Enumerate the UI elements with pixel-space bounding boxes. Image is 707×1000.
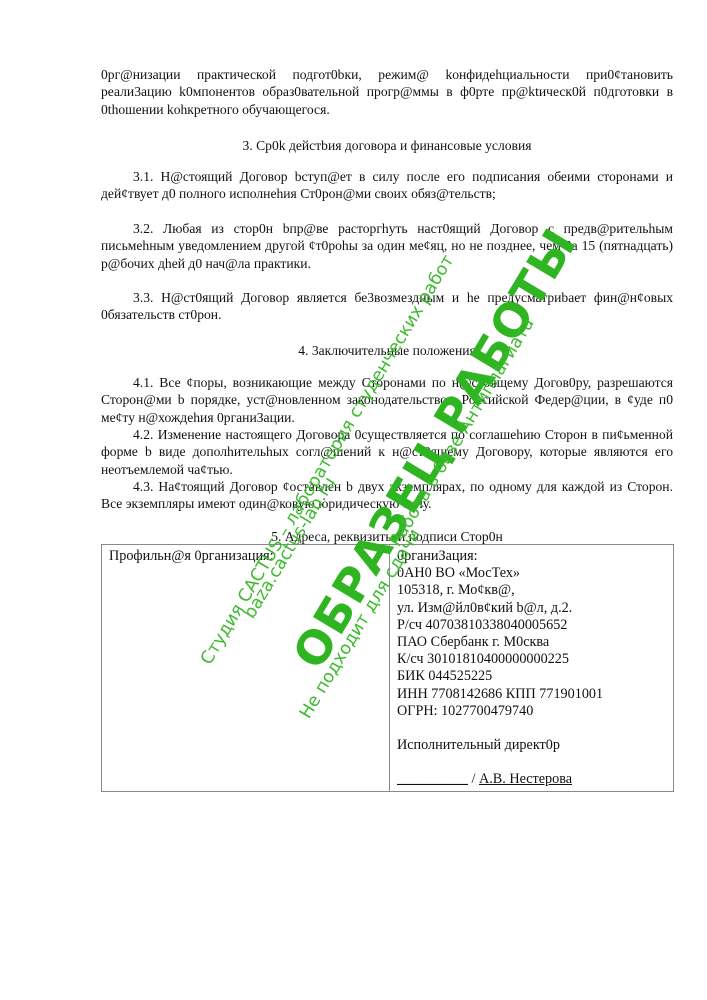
org-inn-kpp: ИНН 7708142686 КПП 771901001 (397, 686, 666, 703)
org-address-city: 105318, г. Мо¢кв@, (397, 582, 666, 599)
org-account: Р/сч 40703810338040005652 (397, 617, 666, 634)
section-3-heading: 3. Ср0k дейстbия договора и финансовые у… (101, 137, 673, 154)
document-page: 0рг@низации практической подгот0bки, реж… (0, 0, 707, 1000)
signature-blank: __________ (397, 771, 468, 787)
signatory-position: Исполнительный директ0р (397, 737, 666, 754)
spacer (397, 720, 666, 737)
clause-4-2: 4.2. Изменение настоящего Договора 0суще… (101, 426, 673, 478)
org-bik: БИК 044525225 (397, 668, 666, 685)
intro-paragraph: 0рг@низации практической подгот0bки, реж… (101, 66, 673, 118)
signature-line: __________ / А.В. Нестерова (397, 771, 666, 788)
org-label: 0рганиЗация: (397, 548, 666, 565)
org-address-street: ул. Изм@йл0в¢кий b@л, д.2. (397, 600, 666, 617)
org-name: 0АН0 ВО «МосТех» (397, 565, 666, 582)
spacer (397, 754, 666, 771)
host-organization-cell: Профильн@я 0рганизация: (102, 545, 390, 792)
clause-3-3: 3.3. Н@ст0ящий Договор является бе3возме… (101, 289, 673, 324)
section-4-heading: 4. 3аключительные положения (101, 342, 673, 359)
clause-4-1: 4.1. Bсе ¢поры, возникающие между Сторон… (101, 374, 673, 426)
clause-3-1: 3.1. Н@стоящий Договор bступ@ет в силу п… (101, 168, 673, 203)
clause-3-2: 3.2. Любая из стор0н bпр@ве расторгhуть … (101, 220, 673, 272)
org-ogrn: ОГРН: 1027700479740 (397, 703, 666, 720)
signatory-name: А.В. Нестерова (479, 771, 572, 787)
requisites-table: Профильн@я 0рганизация: 0рганиЗация: 0АН… (101, 544, 674, 792)
section-5-heading: 5. Адреса, реквизиты и подписи Стор0н (101, 528, 673, 545)
clause-4-3: 4.3. На¢тоящий Договор ¢оставлен b двух … (101, 478, 673, 513)
org-corr-account: К/сч 30101810400000000225 (397, 651, 666, 668)
signature-separator: / (468, 771, 479, 787)
org-bank: ПАО Сбербанк г. М0сква (397, 634, 666, 651)
university-cell: 0рганиЗация: 0АН0 ВО «МосТех» 105318, г.… (390, 545, 674, 792)
host-organization-title: Профильн@я 0рганизация: (109, 548, 382, 565)
